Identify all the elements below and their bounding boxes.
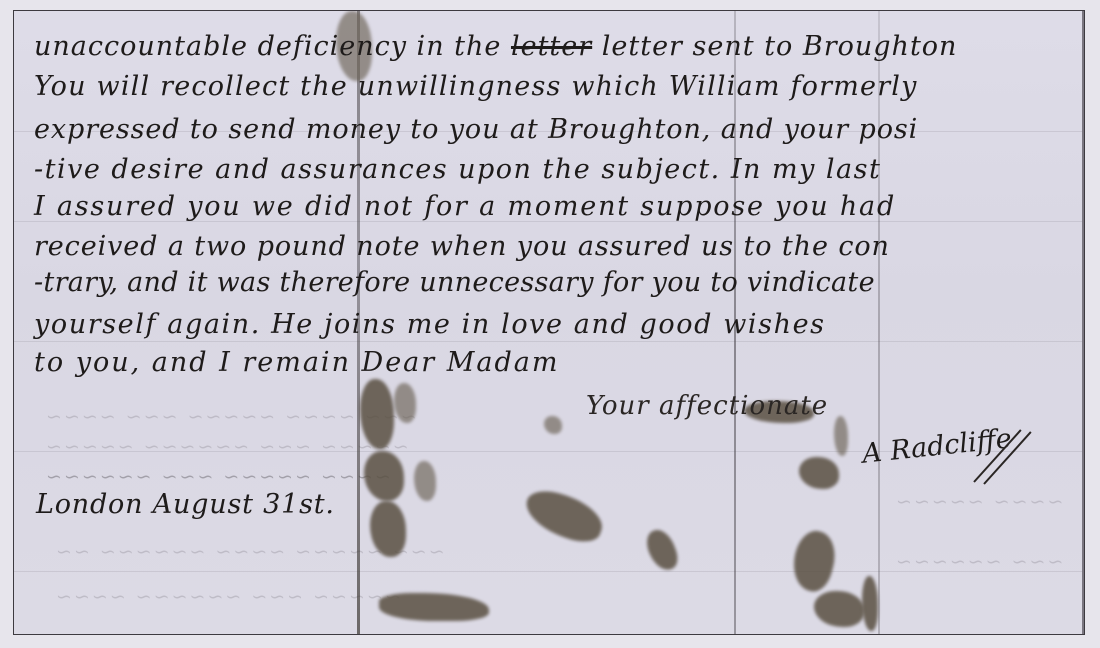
bleed-through-text: ~~~ ~~~~~~	[894, 551, 1063, 573]
line-text: unaccountable deficiency in the	[34, 31, 511, 62]
ink-stain	[544, 416, 562, 434]
ink-stain	[364, 451, 404, 501]
ink-stain	[862, 576, 878, 631]
bleed-through-text: ~~~~ ~~~~~	[894, 491, 1063, 513]
letter-line-4: -tive desire and assurances upon the sub…	[34, 154, 881, 185]
ink-stain	[520, 484, 609, 549]
ink-stain	[379, 593, 489, 621]
bleed-through-text: ~~~~~ ~~~ ~~~~~~ ~~~~	[54, 586, 401, 608]
letter-dateline: London August 31st.	[36, 489, 335, 520]
ink-stain	[643, 526, 682, 574]
ink-stain	[394, 383, 416, 423]
letter-plate: ~~~ ~~~~ ~~~~~ ~~~ ~~~~ ~~~~~ ~~~ ~~~~~~…	[13, 10, 1085, 635]
letter-closing: Your affectionate	[586, 391, 828, 421]
letter-line-5: I assured you we did not for a moment su…	[34, 191, 896, 222]
ink-stain	[834, 416, 848, 456]
bleed-through-text: ~~~~ ~~~~~ ~~~ ~~~~~~	[44, 466, 391, 488]
letter-line-7: -trary, and it was therefore unnecessary…	[34, 267, 875, 298]
ink-stain	[787, 527, 841, 595]
letter-line-3: expressed to send money to you at Brough…	[34, 114, 918, 145]
ink-stain	[814, 591, 864, 627]
struck-word: letter	[511, 31, 592, 62]
letter-line-2: You will recollect the unwillingness whi…	[34, 71, 918, 102]
plate-edge	[1082, 11, 1084, 634]
fold-line	[878, 11, 880, 634]
letter-line-8: yourself again. He joins me in love and …	[34, 309, 826, 340]
ink-stain	[414, 461, 436, 501]
bleed-through-text: ~~~~~ ~~~ ~~~~~~ ~~~~~	[44, 436, 409, 458]
letter-line-6: received a two pound note when you assur…	[34, 231, 890, 262]
letter-line-9: to you, and I remain Dear Madam	[34, 347, 559, 378]
line-text: letter sent to Broughton	[592, 31, 957, 62]
paper-rule	[14, 341, 1084, 342]
letter-line-1: unaccountable deficiency in the letter l…	[34, 31, 957, 62]
ink-stain	[799, 457, 839, 489]
